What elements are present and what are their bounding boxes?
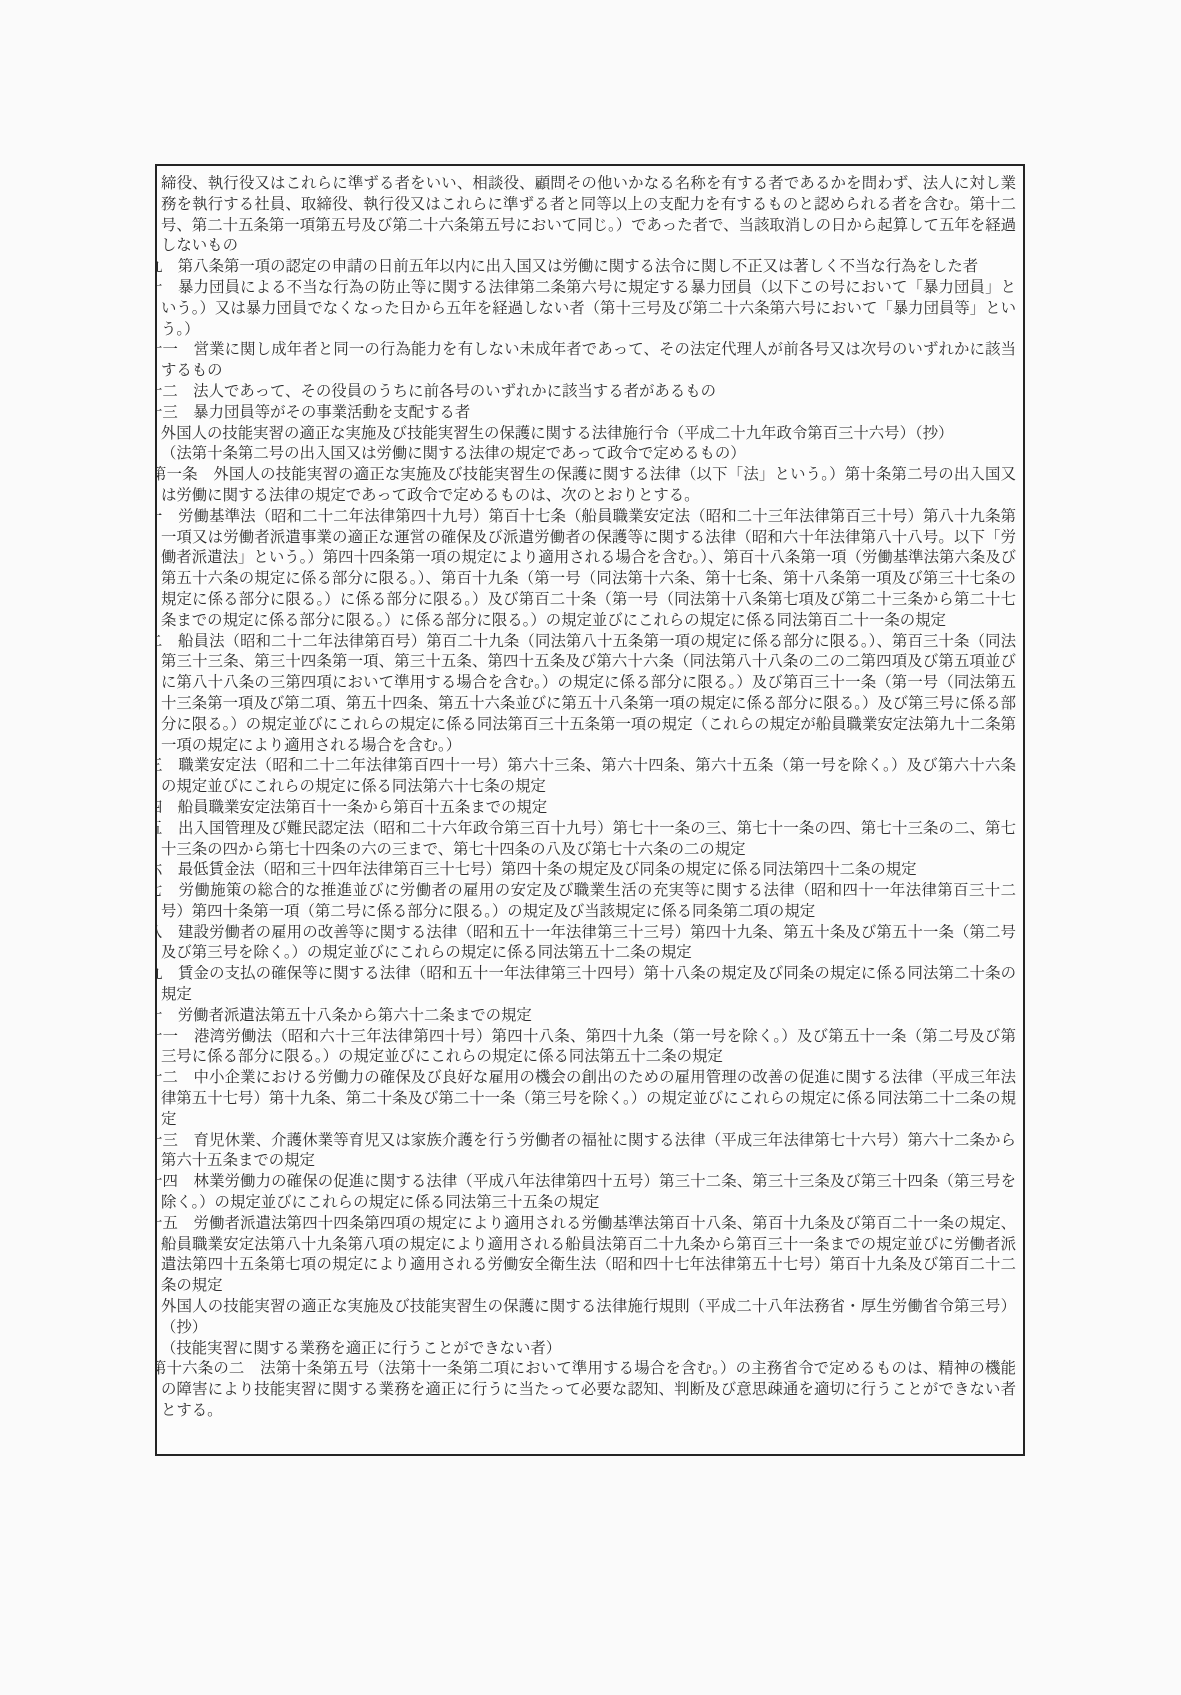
- list-item-15: 十五 労働者派遣法第四十四条第四項の規定により適用される労働基準法第百十八条、第…: [161, 1213, 1016, 1296]
- list-item-13: 十三 暴力団員等がその事業活動を支配する者: [161, 402, 1016, 423]
- section-subheading-2: （技能実習に関する業務を適正に行うことができない者）: [161, 1338, 1016, 1359]
- list-item-12: 十二 法人であって、その役員のうちに前各号のいずれかに該当する者があるもの: [161, 381, 1016, 402]
- list-item-4: 四 船員職業安定法第百十一条から第百十五条までの規定: [161, 797, 1016, 818]
- list-item-7: 七 労働施策の総合的な推進並びに労働者の雇用の安定及び職業生活の充実等に関する法…: [161, 880, 1016, 922]
- list-item-10: 十 暴力団員による不当な行為の防止等に関する法律第二条第六号に規定する暴力団員（…: [161, 277, 1016, 339]
- list-item-11: 十一 営業に関し成年者と同一の行為能力を有しない未成年者であって、その法定代理人…: [161, 339, 1016, 381]
- list-item-12b: 十二 中小企業における労働力の確保及び良好な雇用の機会の創出のための雇用管理の改…: [161, 1067, 1016, 1129]
- list-item-11b: 十一 港湾労働法（昭和六十三年法律第四十号）第四十八条、第四十九条（第一号を除く…: [161, 1026, 1016, 1068]
- paragraph-continuation: 締役、執行役又はこれらに準ずる者をいい、相談役、顧問その他いかなる名称を有する者…: [161, 173, 1016, 256]
- list-item-13b: 十三 育児休業、介護休業等育児又は家族介護を行う労働者の福祉に関する法律（平成三…: [161, 1130, 1016, 1172]
- section-header-enforcement-order: ○ 外国人の技能実習の適正な実施及び技能実習生の保護に関する法律施行令（平成二十…: [161, 423, 1016, 444]
- article-1: 第一条 外国人の技能実習の適正な実施及び技能実習生の保護に関する法律（以下「法」…: [161, 464, 1016, 506]
- section-header-ministerial-rule: ○ 外国人の技能実習の適正な実施及び技能実習生の保護に関する法律施行規則（平成二…: [161, 1296, 1016, 1338]
- article-16-2: 第十六条の二 法第十条第五号（法第十一条第二項において準用する場合を含む。）の主…: [161, 1358, 1016, 1420]
- list-item-2: 二 船員法（昭和二十二年法律第百号）第百二十九条（同法第八十五条第一項の規定に係…: [161, 631, 1016, 756]
- list-item-3: 三 職業安定法（昭和二十二年法律第百四十一号）第六十三条、第六十四条、第六十五条…: [161, 755, 1016, 797]
- list-item-14: 十四 林業労働力の確保の促進に関する法律（平成八年法律第四十五号）第三十二条、第…: [161, 1171, 1016, 1213]
- list-item-6: 六 最低賃金法（昭和三十四年法律第百三十七号）第四十条の規定及び同条の規定に係る…: [161, 859, 1016, 880]
- document-text-box: 締役、執行役又はこれらに準ずる者をいい、相談役、顧問その他いかなる名称を有する者…: [155, 164, 1025, 1456]
- list-item-10b: 十 労働者派遣法第五十八条から第六十二条までの規定: [161, 1005, 1016, 1026]
- list-item-9: 九 第八条第一項の認定の申請の日前五年以内に出入国又は労働に関する法令に関し不正…: [161, 256, 1016, 277]
- list-item-5: 五 出入国管理及び難民認定法（昭和二十六年政令第三百十九号）第七十一条の三、第七…: [161, 818, 1016, 860]
- list-item-1: 一 労働基準法（昭和二十二年法律第四十九号）第百十七条（船員職業安定法（昭和二十…: [161, 506, 1016, 631]
- scanned-page: 締役、執行役又はこれらに準ずる者をいい、相談役、顧問その他いかなる名称を有する者…: [0, 0, 1181, 1695]
- list-item-9b: 九 賃金の支払の確保等に関する法律（昭和五十一年法律第三十四号）第十八条の規定及…: [161, 963, 1016, 1005]
- list-item-8: 八 建設労働者の雇用の改善等に関する法律（昭和五十一年法律第三十三号）第四十九条…: [161, 922, 1016, 964]
- section-subheading: （法第十条第二号の出入国又は労働に関する法律の規定であって政令で定めるもの）: [161, 443, 1016, 464]
